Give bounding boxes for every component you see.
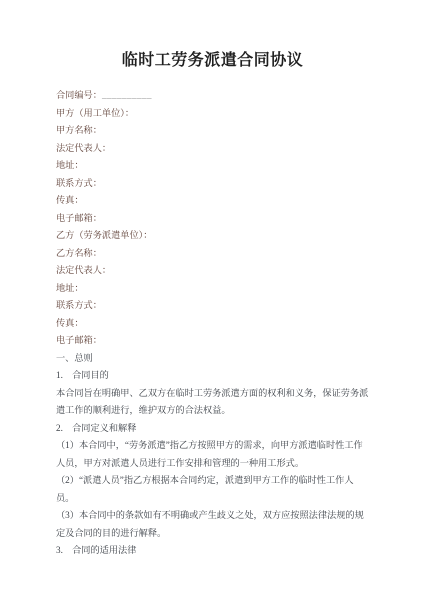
field-line-party-b-legal-rep: 法定代表人： bbox=[56, 262, 369, 280]
field-line-party-b-name: 乙方名称： bbox=[56, 245, 369, 263]
field-line-party-b-address: 地址： bbox=[56, 280, 369, 298]
field-line-party-a-address: 地址： bbox=[56, 157, 369, 175]
para-contract-purpose: 本合同旨在明确甲、乙双方在临时工劳务派遣方面的权利和义务，保证劳务派遣工作的顺利… bbox=[56, 385, 369, 420]
item-definition-1: （1）本合同中，“劳务派遣”指乙方按照甲方的需求，向甲方派遣临时性工作人员，甲方… bbox=[56, 437, 369, 472]
contract-number-label: 合同编号： bbox=[56, 90, 102, 100]
section-heading-general: 一、总则 bbox=[56, 350, 369, 368]
item-definition-2: （2）“派遣人员”指乙方根据本合同约定，派遣到甲方工作的临时性工作人员。 bbox=[56, 472, 369, 507]
field-line-contract-number: 合同编号：__________ bbox=[56, 87, 369, 105]
field-line-party-b-email: 电子邮箱： bbox=[56, 332, 369, 350]
field-line-party-a-legal-rep: 法定代表人： bbox=[56, 140, 369, 158]
document-title: 临时工劳务派遣合同协议 bbox=[56, 52, 369, 70]
field-line-party-a-contact: 联系方式： bbox=[56, 175, 369, 193]
contract-number-blank: __________ bbox=[102, 90, 152, 100]
field-line-party-a-name: 甲方名称： bbox=[56, 122, 369, 140]
field-line-party-b-header: 乙方（劳务派遣单位）： bbox=[56, 227, 369, 245]
field-line-party-a-email: 电子邮箱： bbox=[56, 210, 369, 228]
field-line-party-a-header: 甲方（用工单位）： bbox=[56, 105, 369, 123]
heading-contract-purpose: 1. 合同目的 bbox=[56, 367, 369, 385]
field-line-party-a-fax: 传真： bbox=[56, 192, 369, 210]
field-line-party-b-fax: 传真： bbox=[56, 315, 369, 333]
document-page: 临时工劳务派遣合同协议 合同编号：__________ 甲方（用工单位）： 甲方… bbox=[0, 0, 424, 600]
heading-applicable-law: 3. 合同的适用法律 bbox=[56, 542, 369, 560]
item-definition-3: （3）本合同中的条款如有不明确或产生歧义之处，双方应按照法律法规的规定及合同的目… bbox=[56, 507, 369, 542]
field-line-party-b-contact: 联系方式： bbox=[56, 297, 369, 315]
heading-definitions: 2. 合同定义和解释 bbox=[56, 420, 369, 438]
